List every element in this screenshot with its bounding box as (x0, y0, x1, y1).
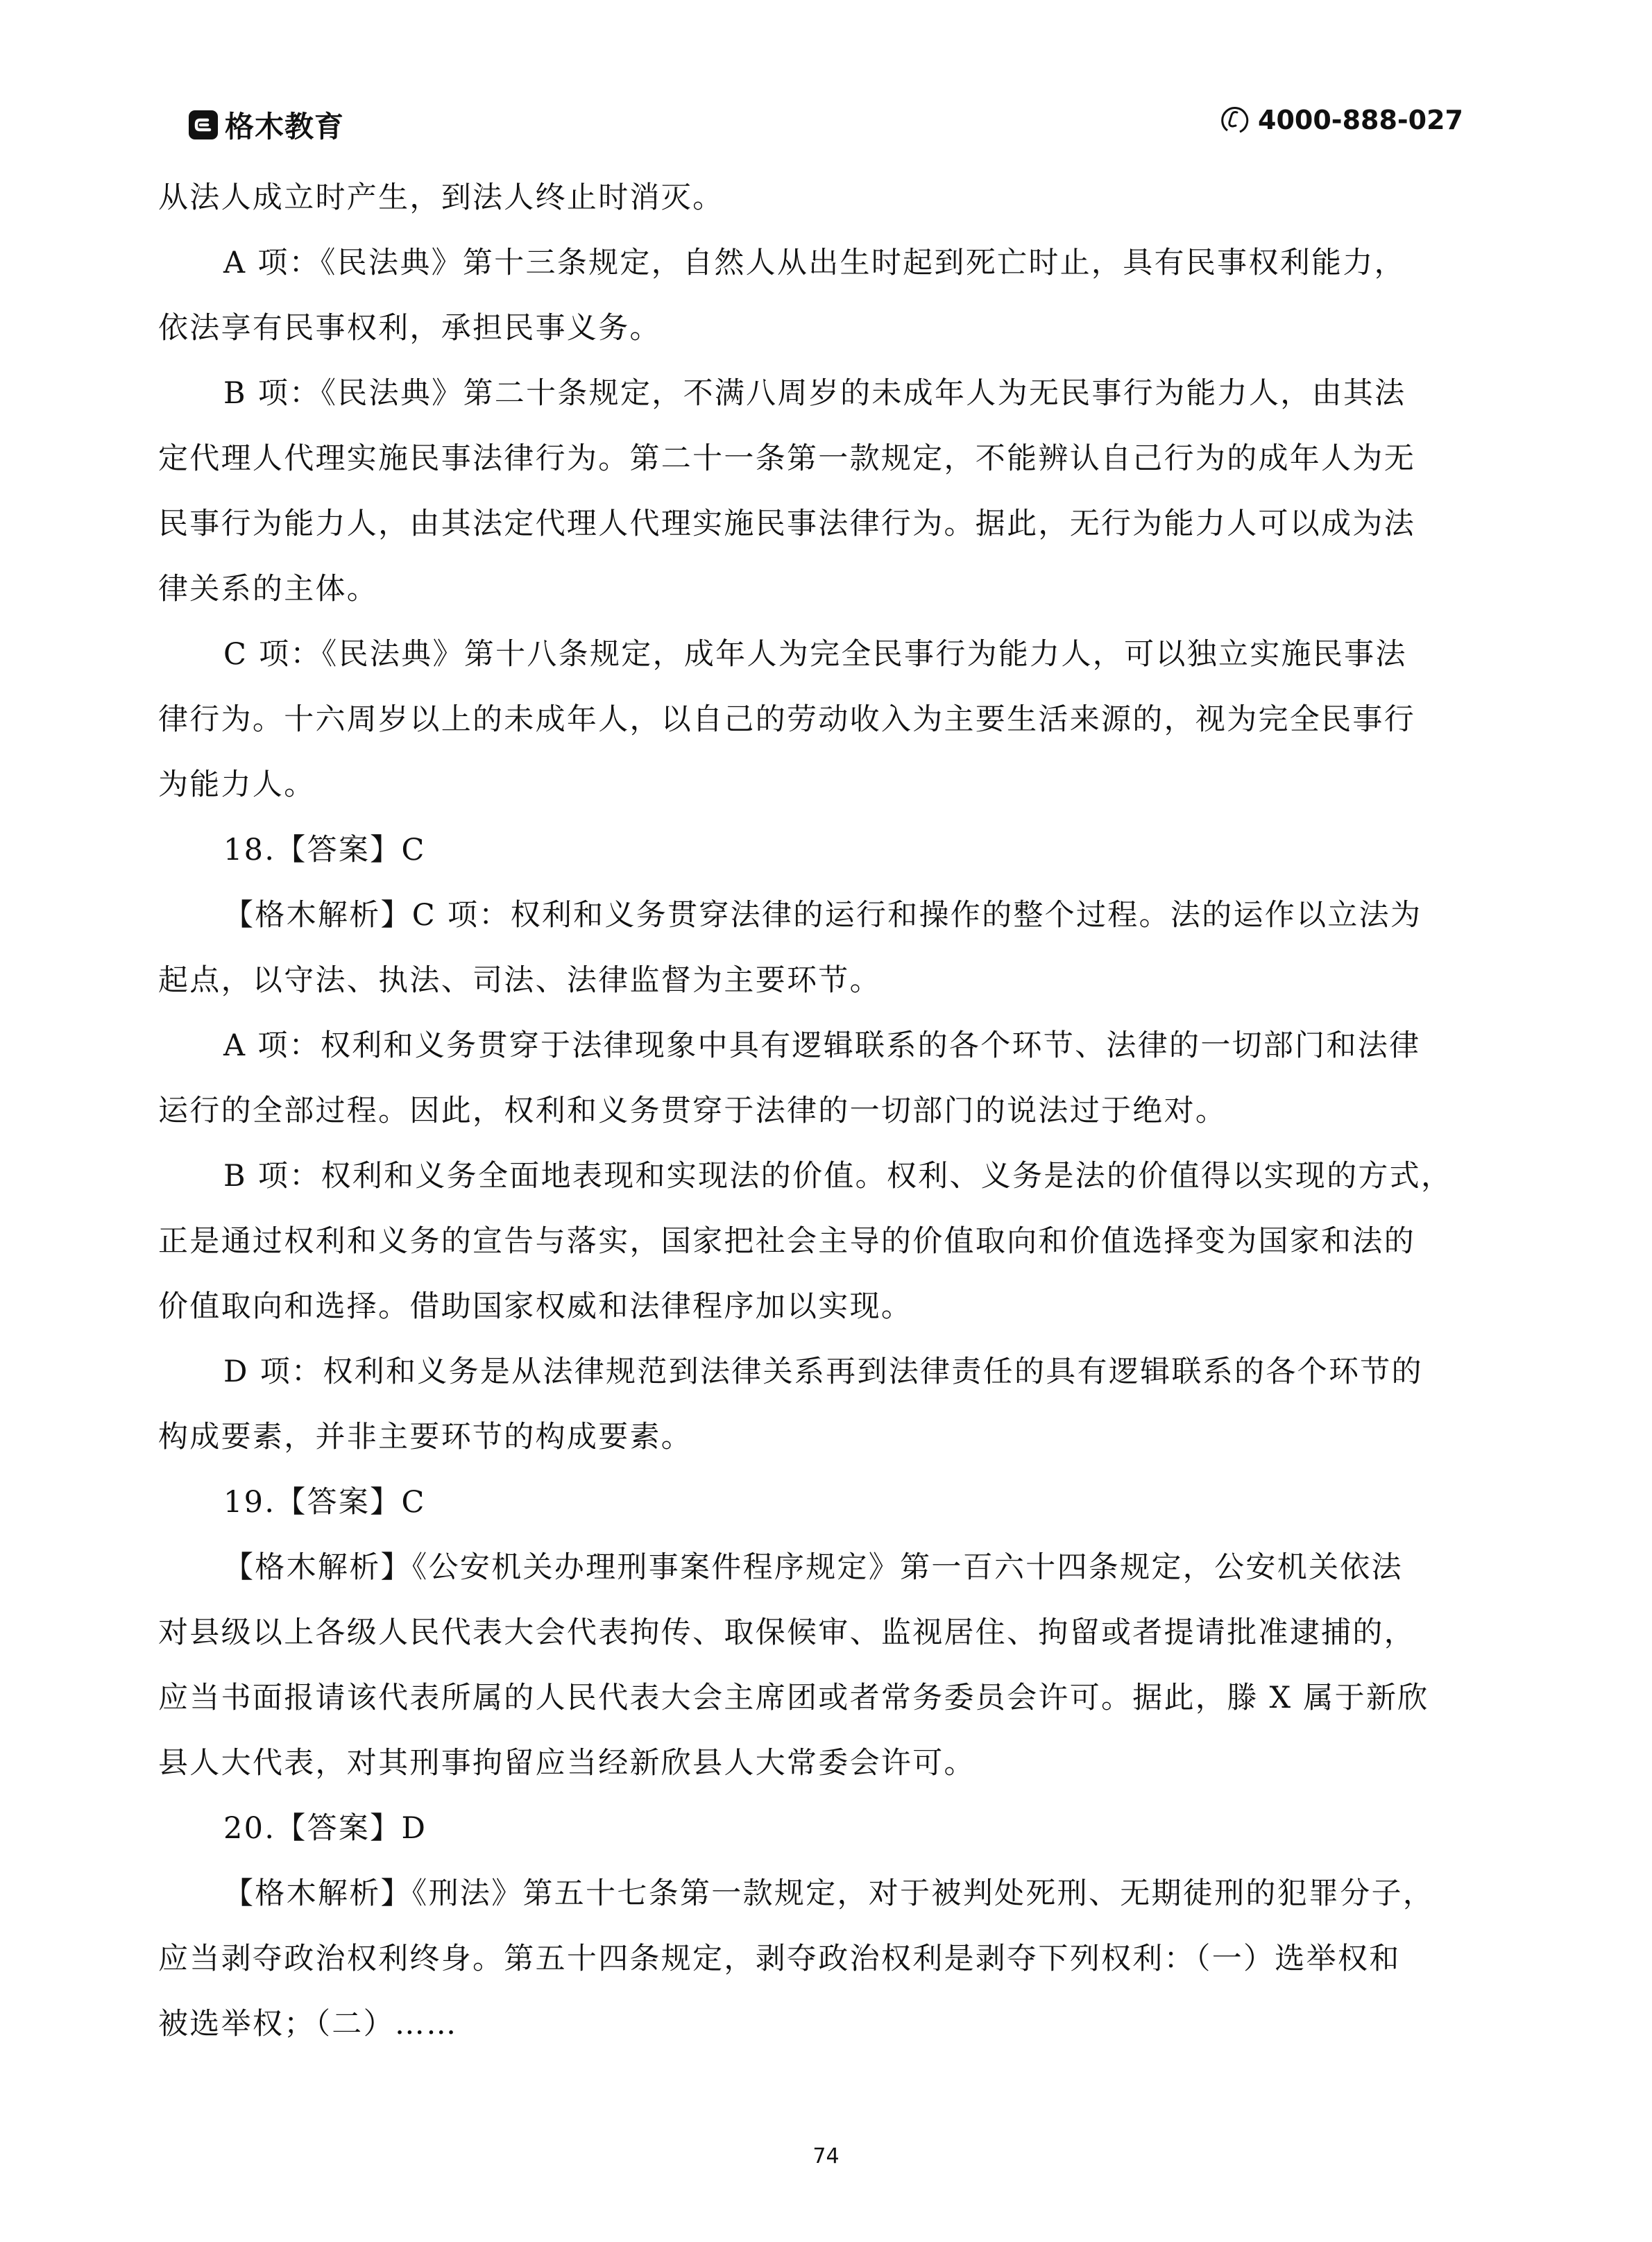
text-line: 运行的全部过程。因此，权利和义务贯穿于法律的一切部门的说法过于绝对。 (158, 1078, 1497, 1144)
text-line: 【格木解析】《公安机关办理刑事案件程序规定》第一百六十四条规定，公安机关依法 (158, 1535, 1497, 1600)
text-line: 18.【答案】C (158, 817, 1497, 883)
text-line: 20.【答案】D (158, 1796, 1497, 1861)
document-body: 从法人成立时产生，到法人终止时消灭。A 项：《民法典》第十三条规定，自然人从出生… (158, 165, 1497, 2057)
text-line: 律行为。十六周岁以上的未成年人，以自己的劳动收入为主要生活来源的，视为完全民事行 (158, 687, 1497, 752)
text-line: B 项：《民法典》第二十条规定，不满八周岁的未成年人为无民事行为能力人，由其法 (158, 361, 1497, 426)
paragraph: 20.【答案】D (158, 1796, 1497, 1861)
text-line: 民事行为能力人，由其法定代理人代理实施民事法律行为。据此，无行为能力人可以成为法 (158, 491, 1497, 557)
text-line: 被选举权；（二）…… (158, 1992, 1497, 2057)
text-line: 19.【答案】C (158, 1470, 1497, 1535)
paragraph: C 项：《民法典》第十八条规定，成年人为完全民事行为能力人，可以独立实施民事法律… (158, 622, 1497, 817)
text-line: 为能力人。 (158, 752, 1497, 817)
paragraph: 【格木解析】《刑法》第五十七条第一款规定，对于被判处死刑、无期徒刑的犯罪分子，应… (158, 1861, 1497, 2057)
text-line: 县人大代表，对其刑事拘留应当经新欣县人大常委会许可。 (158, 1731, 1497, 1796)
paragraph: 18.【答案】C (158, 817, 1497, 883)
text-line: B 项：权利和义务全面地表现和实现法的价值。权利、义务是法的价值得以实现的方式， (158, 1144, 1497, 1209)
paragraph: A 项：权利和义务贯穿于法律现象中具有逻辑联系的各个环节、法律的一切部门和法律运… (158, 1013, 1497, 1144)
text-line: A 项：《民法典》第十三条规定，自然人从出生时起到死亡时止，具有民事权利能力， (158, 230, 1497, 296)
text-line: 应当书面报请该代表所属的人民代表大会主席团或者常务委员会许可。据此，滕 X 属于… (158, 1665, 1497, 1731)
text-line: A 项：权利和义务贯穿于法律现象中具有逻辑联系的各个环节、法律的一切部门和法律 (158, 1013, 1497, 1078)
text-line: 【格木解析】《刑法》第五十七条第一款规定，对于被判处死刑、无期徒刑的犯罪分子， (158, 1861, 1497, 1926)
paragraph: 19.【答案】C (158, 1470, 1497, 1535)
brand-name: 格木教育 (225, 104, 344, 146)
contact-phone: 4000-888-027 (1219, 104, 1463, 136)
text-line: 律关系的主体。 (158, 557, 1497, 622)
text-line: 起点，以守法、执法、司法、法律监督为主要环节。 (158, 948, 1497, 1013)
text-line: C 项：《民法典》第十八条规定，成年人为完全民事行为能力人，可以独立实施民事法 (158, 622, 1497, 687)
phone-icon (1219, 104, 1251, 136)
text-line: 正是通过权利和义务的宣告与落实，国家把社会主导的价值取向和价值选择变为国家和法的 (158, 1209, 1497, 1274)
text-line: D 项：权利和义务是从法律规范到法律关系再到法律责任的具有逻辑联系的各个环节的 (158, 1339, 1497, 1404)
text-line: 【格木解析】C 项：权利和义务贯穿法律的运行和操作的整个过程。法的运作以立法为 (158, 883, 1497, 948)
text-line: 对县级以上各级人民代表大会代表拘传、取保候审、监视居住、拘留或者提请批准逮捕的， (158, 1600, 1497, 1665)
paragraph: B 项：权利和义务全面地表现和实现法的价值。权利、义务是法的价值得以实现的方式，… (158, 1144, 1497, 1339)
page-header: 格木教育 4000-888-027 (189, 104, 1463, 153)
text-line: 构成要素，并非主要环节的构成要素。 (158, 1404, 1497, 1470)
paragraph: 【格木解析】C 项：权利和义务贯穿法律的运行和操作的整个过程。法的运作以立法为起… (158, 883, 1497, 1013)
paragraph: A 项：《民法典》第十三条规定，自然人从出生时起到死亡时止，具有民事权利能力，依… (158, 230, 1497, 361)
text-line: 应当剥夺政治权利终身。第五十四条规定，剥夺政治权利是剥夺下列权利：（一）选举权和 (158, 1926, 1497, 1992)
text-line: 从法人成立时产生，到法人终止时消灭。 (158, 165, 1497, 230)
brand-logo: 格木教育 (189, 104, 344, 146)
text-line: 依法享有民事权利，承担民事义务。 (158, 296, 1497, 361)
brand-logo-icon (189, 110, 218, 139)
page-number: 74 (0, 2144, 1652, 2168)
paragraph: 【格木解析】《公安机关办理刑事案件程序规定》第一百六十四条规定，公安机关依法对县… (158, 1535, 1497, 1796)
paragraph: 从法人成立时产生，到法人终止时消灭。 (158, 165, 1497, 230)
paragraph: D 项：权利和义务是从法律规范到法律关系再到法律责任的具有逻辑联系的各个环节的构… (158, 1339, 1497, 1470)
text-line: 定代理人代理实施民事法律行为。第二十一条第一款规定，不能辨认自己行为的成年人为无 (158, 426, 1497, 491)
text-line: 价值取向和选择。借助国家权威和法律程序加以实现。 (158, 1274, 1497, 1339)
paragraph: B 项：《民法典》第二十条规定，不满八周岁的未成年人为无民事行为能力人，由其法定… (158, 361, 1497, 622)
phone-number: 4000-888-027 (1258, 105, 1463, 135)
document-page: 格木教育 4000-888-027 从法人成立时产生，到法人终止时消灭。A 项：… (0, 0, 1652, 2242)
